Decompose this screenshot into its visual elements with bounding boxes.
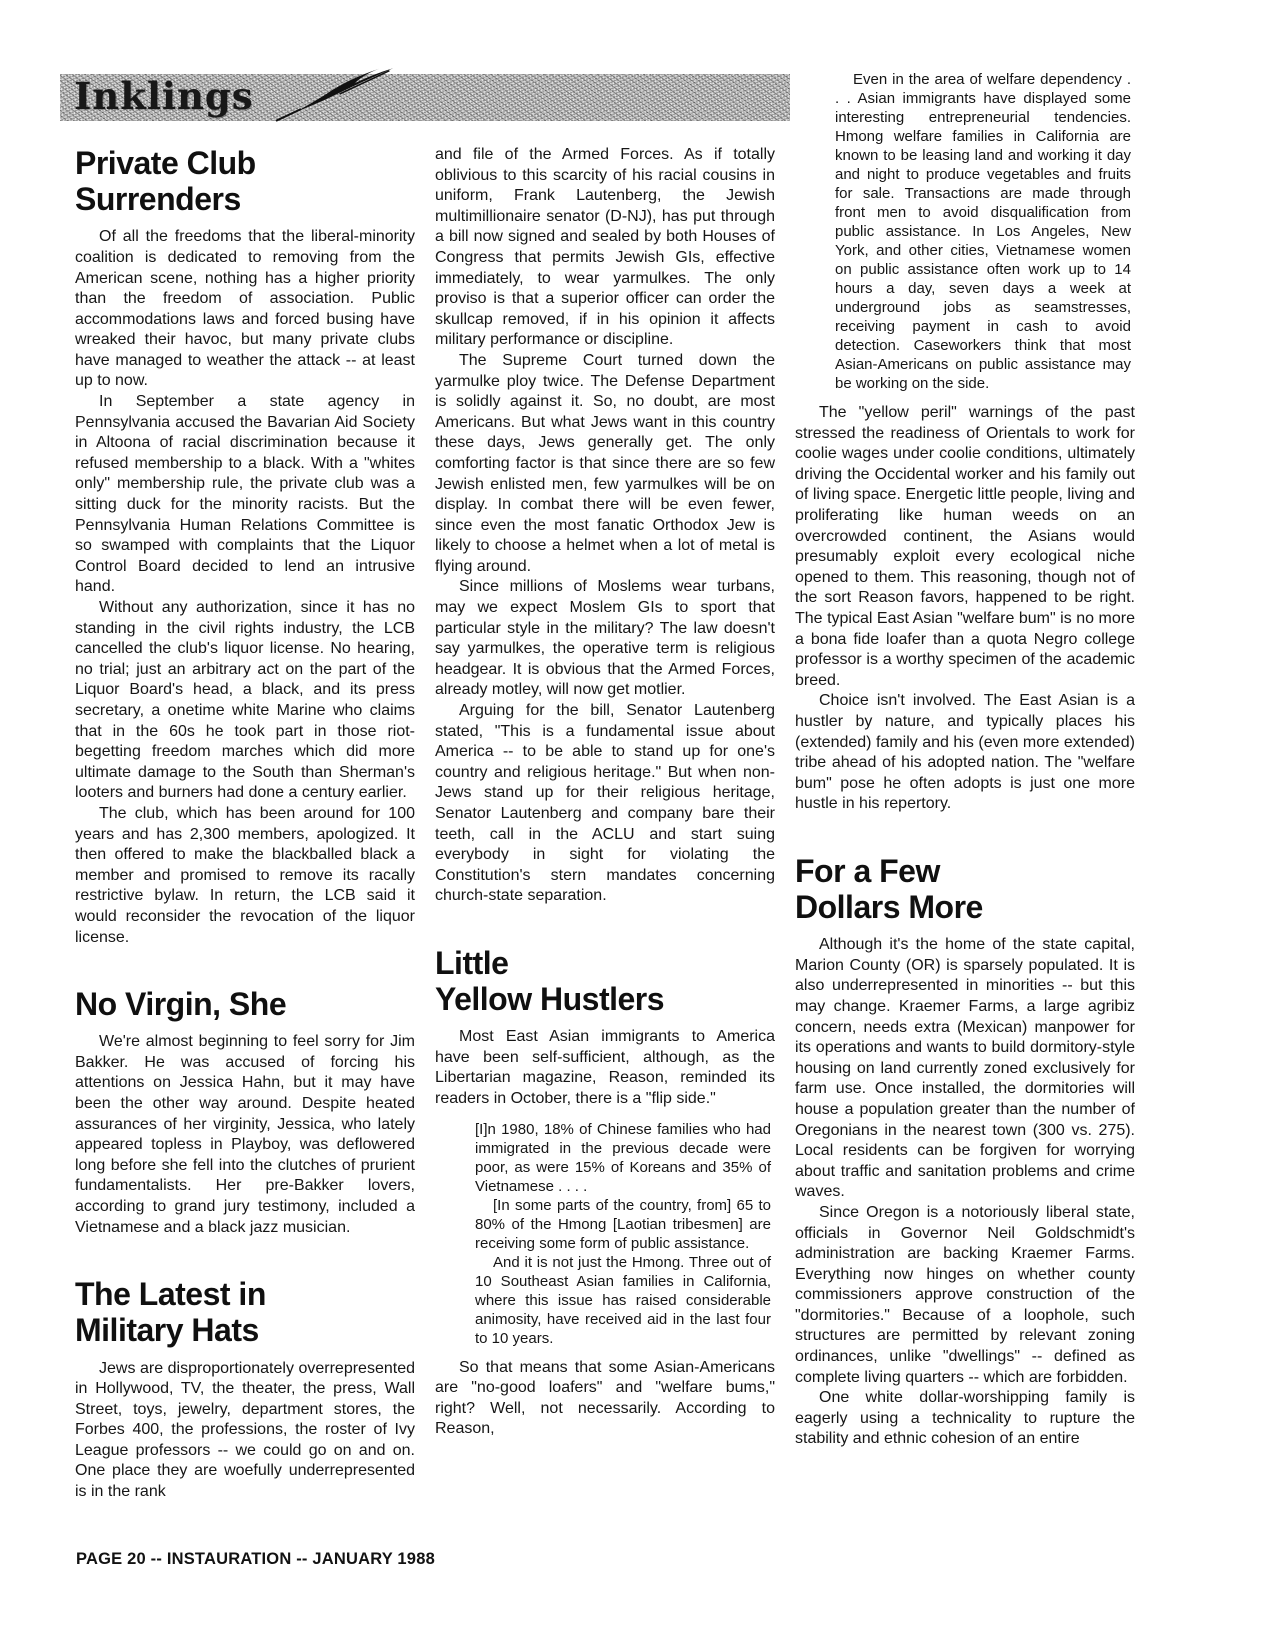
- article-title: For a Few Dollars More: [795, 853, 1135, 925]
- article-hustlers-continued: Even in the area of welfare dependency .…: [795, 70, 1135, 815]
- quote-paragraph: Even in the area of welfare dependency .…: [835, 70, 1131, 393]
- paragraph: The "yellow peril" warnings of the past …: [795, 403, 1135, 691]
- article-title: Private Club Surrenders: [75, 145, 415, 217]
- column-1: Private Club Surrenders Of all the freed…: [75, 70, 415, 1503]
- paragraph: Since Oregon is a notoriously liberal st…: [795, 1203, 1135, 1388]
- article-no-virgin-she: No Virgin, She We're almost beginning to…: [75, 986, 415, 1238]
- quote-paragraph: And it is not just the Hmong. Three out …: [475, 1253, 771, 1348]
- paragraph: Of all the freedoms that the liberal-min…: [75, 227, 415, 392]
- paragraph: We're almost beginning to feel sorry for…: [75, 1032, 415, 1238]
- article-title: Little Yellow Hustlers: [435, 945, 775, 1017]
- article-latest-in-military-hats: The Latest in Military Hats Jews are dis…: [75, 1276, 415, 1502]
- blockquote-continued: Even in the area of welfare dependency .…: [835, 70, 1131, 393]
- paragraph: So that means that some Asian-Americans …: [435, 1358, 775, 1440]
- paragraph: Arguing for the bill, Senator Lautenberg…: [435, 701, 775, 907]
- article-little-yellow-hustlers: Little Yellow Hustlers Most East Asian i…: [435, 945, 775, 1440]
- inklings-banner: Inklings: [60, 74, 790, 121]
- article-title: No Virgin, She: [75, 986, 415, 1022]
- quill-pen-icon: [267, 64, 411, 122]
- paragraph: The club, which has been around for 100 …: [75, 804, 415, 948]
- banner-title: Inklings: [74, 78, 254, 115]
- paragraph: Choice isn't involved. The East Asian is…: [795, 691, 1135, 815]
- quote-paragraph: [In some parts of the country, from] 65 …: [475, 1196, 771, 1253]
- column-2: and file of the Armed Forces. As if tota…: [435, 70, 775, 1503]
- page-footer: PAGE 20 -- INSTAURATION -- JANUARY 1988: [76, 1550, 435, 1569]
- article-for-a-few-dollars-more: For a Few Dollars More Although it's the…: [795, 853, 1135, 1450]
- blockquote: [I]n 1980, 18% of Chinese families who h…: [475, 1120, 771, 1348]
- quote-paragraph: [I]n 1980, 18% of Chinese families who h…: [475, 1120, 771, 1196]
- article-private-club-surrenders: Private Club Surrenders Of all the freed…: [75, 145, 415, 948]
- paragraph: The Supreme Court turned down the yarmul…: [435, 351, 775, 578]
- columns-container: Private Club Surrenders Of all the freed…: [0, 0, 1275, 1503]
- paragraph: One white dollar-worshipping family is e…: [795, 1388, 1135, 1450]
- paragraph: and file of the Armed Forces. As if tota…: [435, 145, 775, 351]
- article-title: The Latest in Military Hats: [75, 1276, 415, 1348]
- paragraph: Jews are disproportionately overrepresen…: [75, 1359, 415, 1503]
- paragraph: In September a state agency in Pennsylva…: [75, 392, 415, 598]
- paragraph: Without any authorization, since it has …: [75, 598, 415, 804]
- article-military-hats-continued: and file of the Armed Forces. As if tota…: [435, 145, 775, 907]
- magazine-page: Inklings Private Club Surrenders Of all …: [0, 0, 1275, 1650]
- column-3: Even in the area of welfare dependency .…: [795, 70, 1135, 1503]
- paragraph: Since millions of Moslems wear turbans, …: [435, 577, 775, 701]
- paragraph: Most East Asian immigrants to America ha…: [435, 1027, 775, 1109]
- paragraph: Although it's the home of the state capi…: [795, 935, 1135, 1203]
